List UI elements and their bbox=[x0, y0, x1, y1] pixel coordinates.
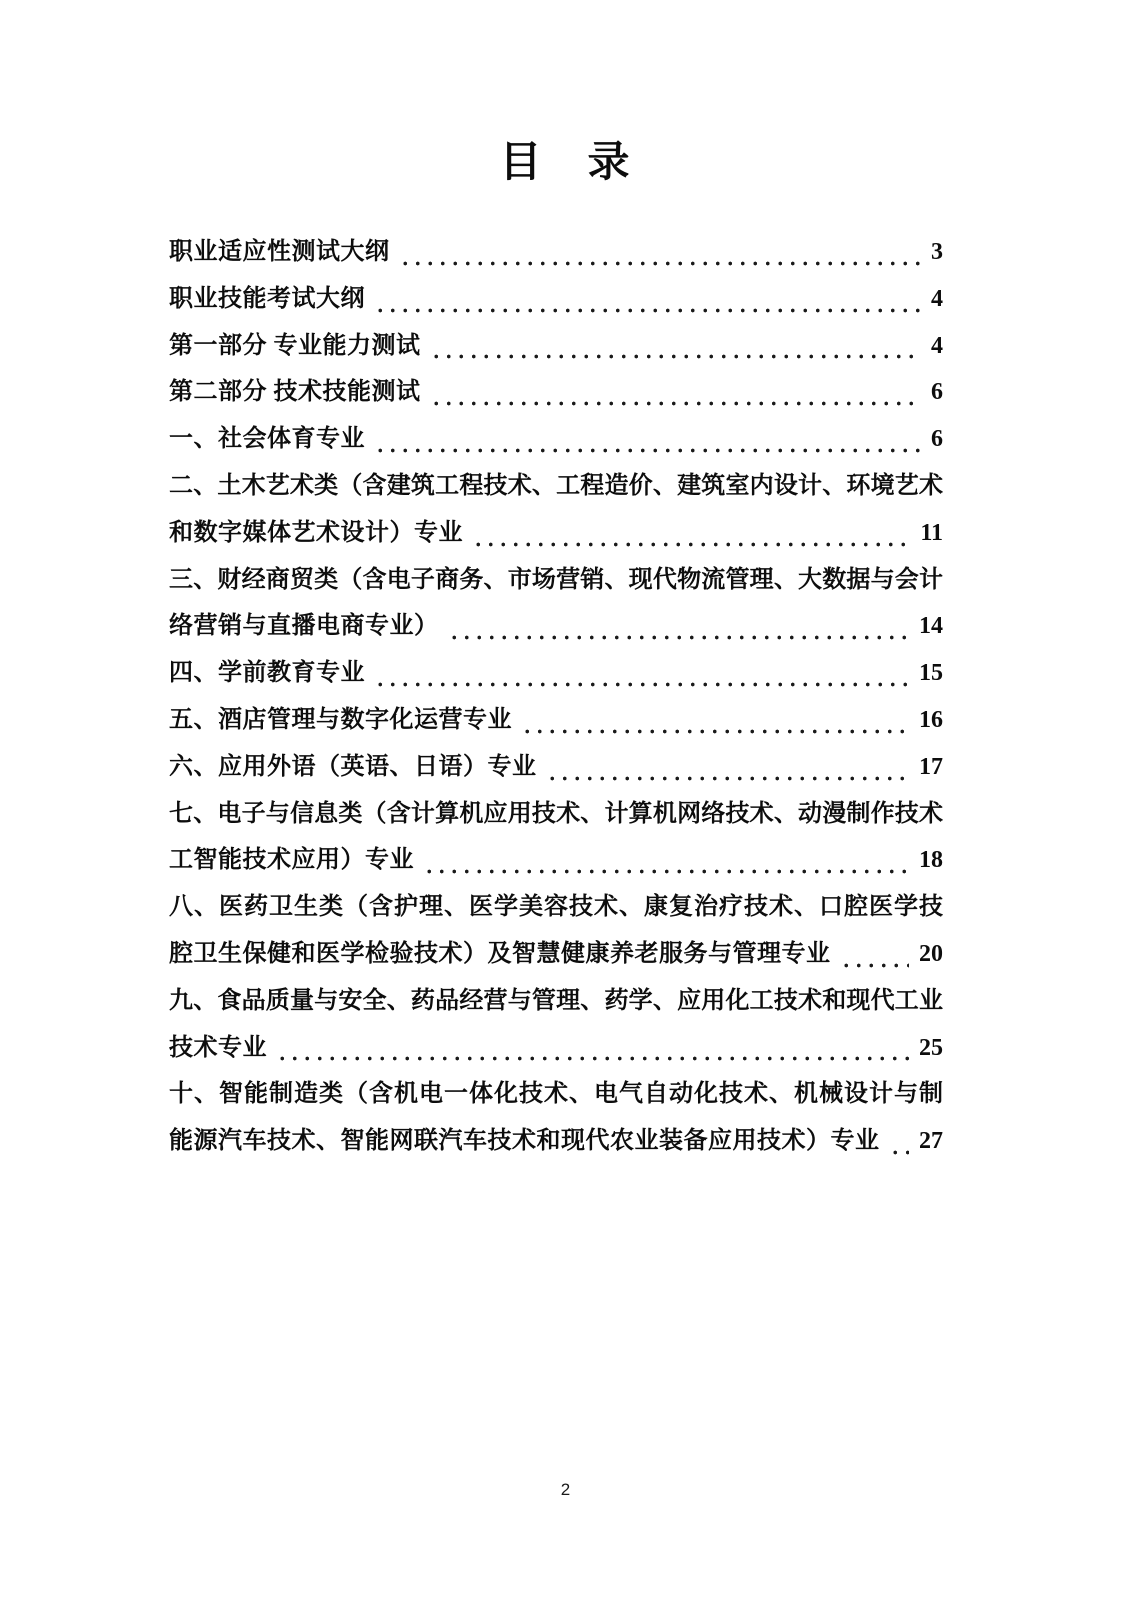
toc-entry[interactable]: 九、食品质量与安全、药品经营与管理、药学、应用化工技术和现代工业清洗技术专业25 bbox=[169, 978, 943, 1072]
dot-leader bbox=[374, 416, 921, 463]
toc-entry-page-number: 14 bbox=[919, 603, 943, 650]
toc-entry-page-number: 4 bbox=[931, 323, 943, 370]
dot-leader bbox=[448, 603, 910, 650]
toc-entry-text: 技术专业 bbox=[169, 1025, 267, 1072]
toc-entry-text: 四、学前教育专业 bbox=[169, 650, 365, 697]
toc-entry-page-number: 20 bbox=[919, 931, 943, 978]
toc-entry[interactable]: 四、学前教育专业15 bbox=[169, 650, 943, 697]
document-page: 目 录 职业适应性测试大纲3职业技能考试大纲4第一部分 专业能力测试4第二部分 … bbox=[0, 0, 1131, 1600]
dot-leader bbox=[521, 697, 909, 744]
toc-entry-text: 工智能技术应用）专业 bbox=[169, 837, 414, 884]
toc-entry-line: 职业适应性测试大纲3 bbox=[169, 229, 943, 276]
toc-entry-line: 二、土木艺术类（含建筑工程技术、工程造价、建筑室内设计、环境艺术设计 bbox=[169, 463, 943, 510]
toc-entry-text: 腔卫生保健和医学检验技术）及智慧健康养老服务与管理专业 bbox=[169, 931, 831, 978]
dot-leader bbox=[423, 837, 909, 884]
toc-entry-page-number: 6 bbox=[931, 416, 943, 463]
toc-entry-line: 六、应用外语（英语、日语）专业17 bbox=[169, 744, 943, 791]
dot-leader bbox=[889, 1118, 910, 1165]
toc-entry-line: 四、学前教育专业15 bbox=[169, 650, 943, 697]
toc-entry-text: 第二部分 技术技能测试 bbox=[169, 369, 421, 416]
toc-entry-line: 腔卫生保健和医学检验技术）及智慧健康养老服务与管理专业20 bbox=[169, 931, 943, 978]
toc-entry-page-number: 16 bbox=[919, 697, 943, 744]
toc-entry[interactable]: 一、社会体育专业6 bbox=[169, 416, 943, 463]
toc-entry-line: 十、智能制造类（含机电一体化技术、电气自动化技术、机械设计与制造、新 bbox=[169, 1071, 943, 1118]
toc-entry-line: 工智能技术应用）专业18 bbox=[169, 837, 943, 884]
toc-entry[interactable]: 五、酒店管理与数字化运营专业16 bbox=[169, 697, 943, 744]
toc-entry-page-number: 25 bbox=[919, 1025, 943, 1072]
toc-entry-line: 九、食品质量与安全、药品经营与管理、药学、应用化工技术和现代工业清洗 bbox=[169, 978, 943, 1025]
dot-leader bbox=[399, 229, 922, 276]
toc-entry-line: 和数字媒体艺术设计）专业11 bbox=[169, 510, 943, 557]
toc-entry-page-number: 11 bbox=[920, 510, 943, 557]
toc-entry-line: 八、医药卫生类（含护理、医学美容技术、康复治疗技术、口腔医学技术、口 bbox=[169, 884, 943, 931]
toc-entry-page-number: 6 bbox=[931, 369, 943, 416]
toc-entry-text: 职业技能考试大纲 bbox=[169, 276, 365, 323]
toc-entry[interactable]: 第二部分 技术技能测试6 bbox=[169, 369, 943, 416]
dot-leader bbox=[840, 931, 910, 978]
dot-leader bbox=[276, 1025, 909, 1072]
toc-entry-line: 七、电子与信息类（含计算机应用技术、计算机网络技术、动漫制作技术和人 bbox=[169, 791, 943, 838]
toc-entry-text: 五、酒店管理与数字化运营专业 bbox=[169, 697, 512, 744]
toc-entry-page-number: 27 bbox=[919, 1118, 943, 1165]
toc-entry-page-number: 3 bbox=[931, 229, 943, 276]
footer-page-number: 2 bbox=[0, 1480, 1131, 1500]
toc-entry[interactable]: 第一部分 专业能力测试4 bbox=[169, 323, 943, 370]
toc-entry-page-number: 4 bbox=[931, 276, 943, 323]
toc-entry[interactable]: 三、财经商贸类（含电子商务、市场营销、现代物流管理、大数据与会计和网络营销与直播… bbox=[169, 557, 943, 651]
toc-entry-text: 一、社会体育专业 bbox=[169, 416, 365, 463]
toc-entry[interactable]: 七、电子与信息类（含计算机应用技术、计算机网络技术、动漫制作技术和人工智能技术应… bbox=[169, 791, 943, 885]
toc-entry-line: 技术专业25 bbox=[169, 1025, 943, 1072]
toc-entry-page-number: 18 bbox=[919, 837, 943, 884]
dot-leader bbox=[472, 510, 910, 557]
toc-entry-text: 职业适应性测试大纲 bbox=[169, 229, 390, 276]
dot-leader bbox=[374, 650, 909, 697]
toc-entry-text: 络营销与直播电商专业） bbox=[169, 603, 439, 650]
page-title: 目 录 bbox=[0, 128, 1131, 198]
toc-entry[interactable]: 二、土木艺术类（含建筑工程技术、工程造价、建筑室内设计、环境艺术设计和数字媒体艺… bbox=[169, 463, 943, 557]
toc-entry-line: 三、财经商贸类（含电子商务、市场营销、现代物流管理、大数据与会计和网 bbox=[169, 557, 943, 604]
dot-leader bbox=[430, 323, 922, 370]
toc-entry-line: 第二部分 技术技能测试6 bbox=[169, 369, 943, 416]
toc-entry-text: 能源汽车技术、智能网联汽车技术和现代农业装备应用技术）专业 bbox=[169, 1118, 880, 1165]
toc-entry-line: 络营销与直播电商专业）14 bbox=[169, 603, 943, 650]
toc-entry-line: 职业技能考试大纲4 bbox=[169, 276, 943, 323]
toc-entry[interactable]: 职业技能考试大纲4 bbox=[169, 276, 943, 323]
toc-entry[interactable]: 八、医药卫生类（含护理、医学美容技术、康复治疗技术、口腔医学技术、口腔卫生保健和… bbox=[169, 884, 943, 978]
toc-entry-page-number: 15 bbox=[919, 650, 943, 697]
toc-entry-text: 六、应用外语（英语、日语）专业 bbox=[169, 744, 537, 791]
dot-leader bbox=[430, 369, 922, 416]
toc-entry-text: 和数字媒体艺术设计）专业 bbox=[169, 510, 463, 557]
dot-leader bbox=[374, 276, 921, 323]
table-of-contents: 职业适应性测试大纲3职业技能考试大纲4第一部分 专业能力测试4第二部分 技术技能… bbox=[0, 229, 1131, 1165]
dot-leader bbox=[546, 744, 910, 791]
toc-entry[interactable]: 职业适应性测试大纲3 bbox=[169, 229, 943, 276]
toc-entry-line: 五、酒店管理与数字化运营专业16 bbox=[169, 697, 943, 744]
toc-entry-line: 一、社会体育专业6 bbox=[169, 416, 943, 463]
toc-entry-text: 第一部分 专业能力测试 bbox=[169, 323, 421, 370]
toc-entry[interactable]: 六、应用外语（英语、日语）专业17 bbox=[169, 744, 943, 791]
toc-entry-line: 第一部分 专业能力测试4 bbox=[169, 323, 943, 370]
toc-entry[interactable]: 十、智能制造类（含机电一体化技术、电气自动化技术、机械设计与制造、新能源汽车技术… bbox=[169, 1071, 943, 1165]
toc-entry-line: 能源汽车技术、智能网联汽车技术和现代农业装备应用技术）专业27 bbox=[169, 1118, 943, 1165]
toc-entry-page-number: 17 bbox=[919, 744, 943, 791]
